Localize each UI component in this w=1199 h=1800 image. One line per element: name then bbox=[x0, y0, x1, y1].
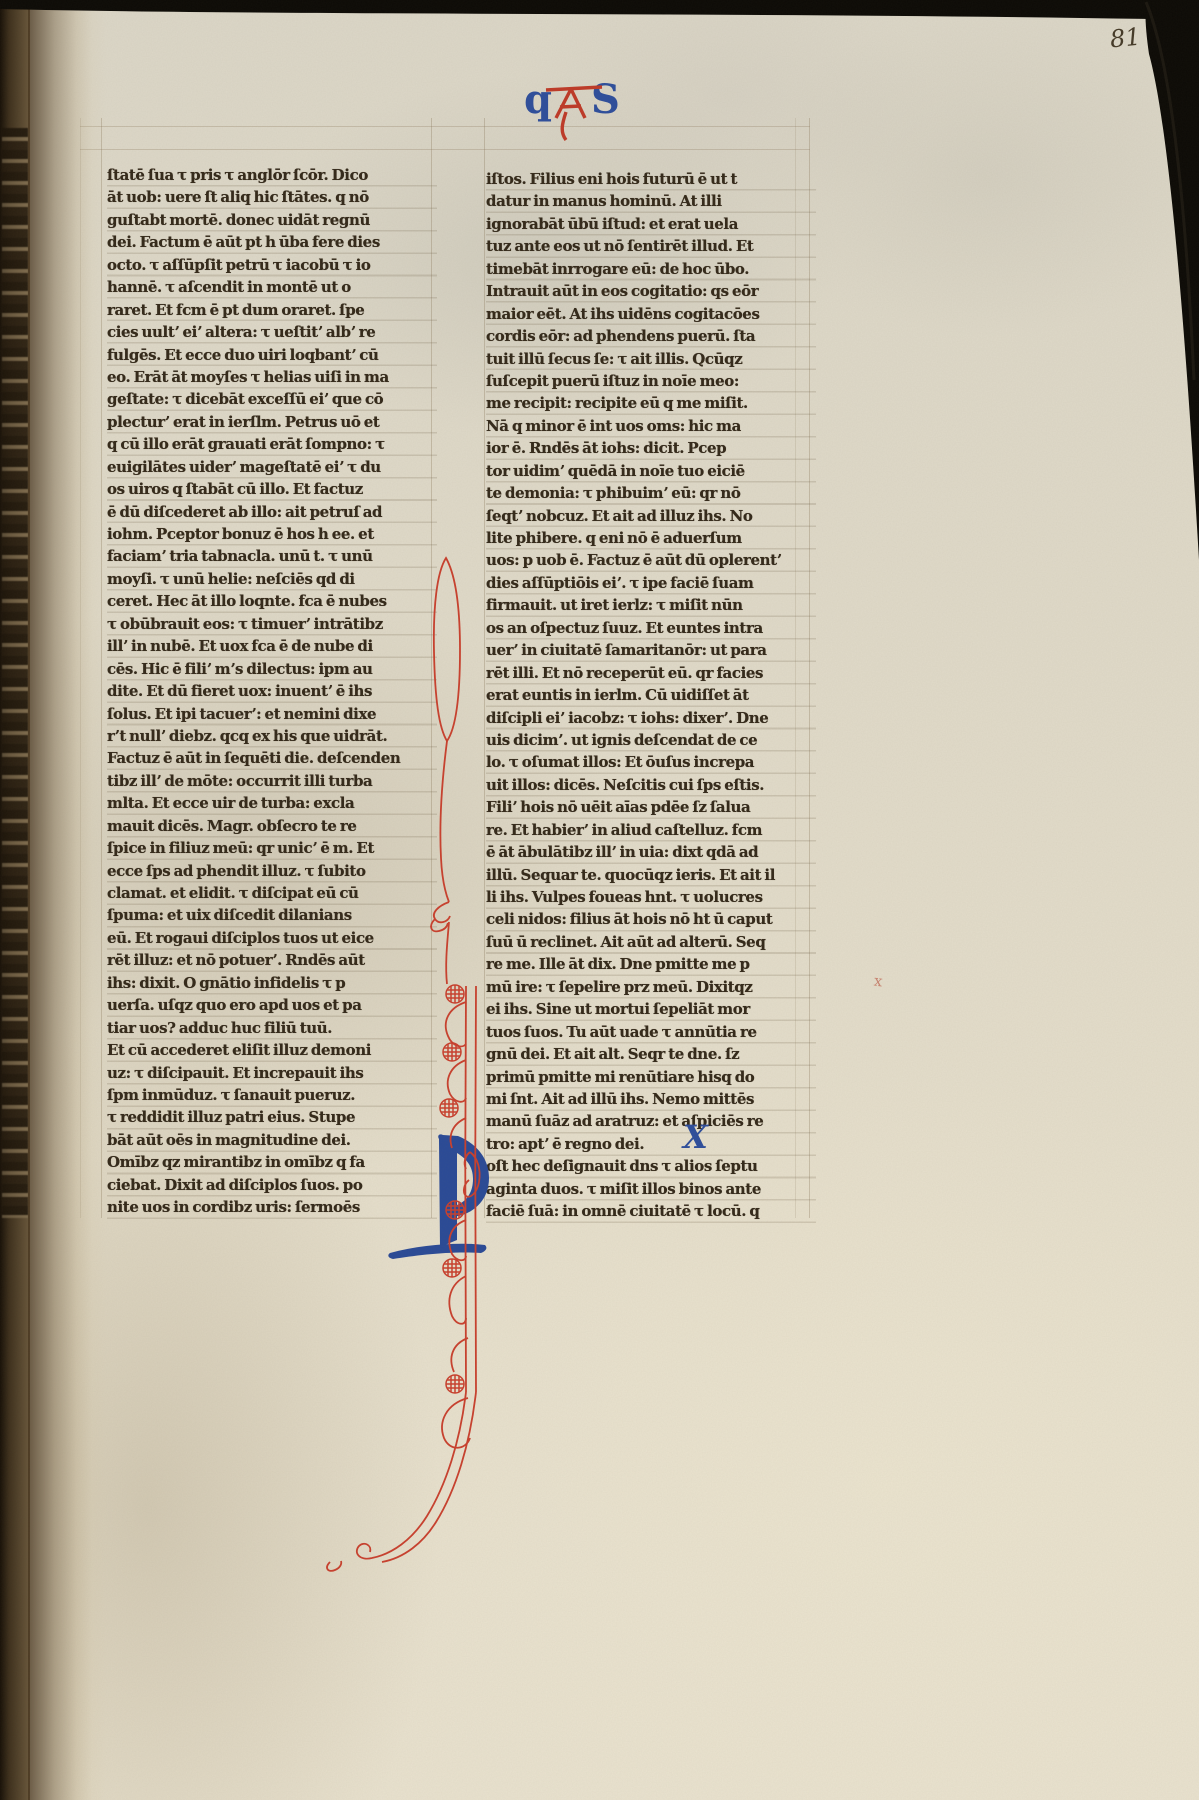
text-line: ſolus. Et ipi tacuerʼ: et nemini dixe bbox=[107, 703, 437, 725]
text-line: raret. Et fcm ē pt dum oraret. ſpe bbox=[107, 299, 437, 321]
text-line: timebāt inrrogare eū: de hoc ūbo. bbox=[486, 258, 816, 280]
text-line: tro: aptʼ ē regno dei. bbox=[486, 1133, 816, 1155]
text-line: moyſi. τ unū helie: neſciēs qd di bbox=[107, 568, 437, 590]
text-line: ſpm inmūduz. τ ſanauit pueruz. bbox=[107, 1084, 437, 1106]
text-line: diſcipli eiʼ iacobz: τ iohs: dixerʼ. Dne bbox=[486, 707, 816, 729]
text-line: aginta duos. τ miſit illos binos ante bbox=[486, 1178, 816, 1200]
text-line: firmauit. ut iret ierlz: τ miſit nūn bbox=[486, 594, 816, 616]
text-line: ei ihs. Sine ut mortui ſepeliāt mor bbox=[486, 998, 816, 1020]
text-line: eo. Erāt āt moyſes τ helias uiſi in ma bbox=[107, 366, 437, 388]
text-line: tuz ante eos ut nō ſentirēt illud. Et bbox=[486, 235, 816, 257]
text-line: plecturʼ erat in ierſlm. Petrus uō et bbox=[107, 411, 437, 433]
text-line: illū. Sequar te. quocūqz ieris. Et ait i… bbox=[486, 864, 816, 886]
manuscript-photo: { "page": { "folio_number": "81", "runni… bbox=[0, 0, 1199, 1800]
text-line: rēt illuz: et nō potuerʼ. Rndēs aūt bbox=[107, 949, 437, 971]
facing-page-text-edge bbox=[2, 128, 28, 1218]
text-line: ſuū ū reclinet. Ait aūt ad alterū. Seq bbox=[486, 931, 816, 953]
text-line: tor uidimʼ quēdā in noīe tuo eiciē bbox=[486, 460, 816, 482]
facing-page-edge bbox=[0, 0, 30, 1800]
text-line: ſpice in filiuz meū: qr unicʼ ē m. Et bbox=[107, 837, 437, 859]
text-line: clamat. et elidit. τ diſcipat eū cū bbox=[107, 882, 437, 904]
text-line: Nā q minor ē int uos oms: hic ma bbox=[486, 415, 816, 437]
text-line: lo. τ oſumat illos: Et ōuſus increpa bbox=[486, 751, 816, 773]
text-line: os an oſpectuz ſuuz. Et euntes intra bbox=[486, 617, 816, 639]
header-letter: S bbox=[591, 82, 624, 118]
gutter-shadow bbox=[28, 0, 106, 1800]
text-line: tiar uos? adduc huc filiū tuū. bbox=[107, 1017, 437, 1039]
text-line: dies aſſūptiōis eiʼ. τ ipe faciē ſuam bbox=[486, 572, 816, 594]
text-line: Filiʼ hois nō uēit aīas pdēe ſz ſalua bbox=[486, 796, 816, 818]
text-line: faciē ſuā: in omnē ciuitatē τ locū. q bbox=[486, 1200, 816, 1222]
text-line: octo. τ aſſūpſit petrū τ iacobū τ io bbox=[107, 254, 437, 276]
text-line: te demonia: τ phibuimʼ eū: qr nō bbox=[486, 482, 816, 504]
text-line: erat euntis in ierlm. Cū uidiſſet āt bbox=[486, 684, 816, 706]
text-line: lite phibere. q eni nō ē aduerſum bbox=[486, 527, 816, 549]
text-line: rēt illi. Et nō receperūt eū. qr facies bbox=[486, 662, 816, 684]
text-line: ſpuma: et uix diſcedit dilanians bbox=[107, 904, 437, 926]
text-line: oſt hec deſignauit dns τ alios ſeptu bbox=[486, 1155, 816, 1177]
text-line: tuos ſuos. Tu aūt uade τ annūtia re bbox=[486, 1021, 816, 1043]
text-line: cordis eōr: ad phendens puerū. ſta bbox=[486, 325, 816, 347]
text-line: Intrauit aūt in eos cogitatio: qs eōr bbox=[486, 280, 816, 302]
text-line: ſuſcepit puerū iſtuz in noīe meo: bbox=[486, 370, 816, 392]
text-line: os uiros q ſtabāt cū illo. Et factuz bbox=[107, 478, 437, 500]
text-line: geſtate: τ dicebāt exceſſū eiʼ que cō bbox=[107, 388, 437, 410]
text-line: τ obūbrauit eos: τ timuerʼ intrātibz bbox=[107, 613, 437, 635]
text-line: fulgēs. Et ecce duo uiri loqbantʼ cū bbox=[107, 344, 437, 366]
text-line: tibz illʼ de mōte: occurrit illi turba bbox=[107, 770, 437, 792]
text-line: tuit illū ſecus ſe: τ ait illis. Qcūqz bbox=[486, 348, 816, 370]
text-line: uerſa. uſqz quo ero apd uos et pa bbox=[107, 994, 437, 1016]
folio-number: 81 bbox=[1109, 22, 1142, 53]
text-line: q cū illo erāt grauati erāt ſompno: τ bbox=[107, 433, 437, 455]
text-line: faciamʼ tria tabnacla. unū t. τ unū bbox=[107, 545, 437, 567]
header-letter: q bbox=[524, 82, 556, 118]
text-column-left: ſtatē ſua τ pris τ anglōr ſcōr. Dicoāt u… bbox=[107, 164, 437, 1220]
text-line: gnū dei. Et ait alt. Seqr te dne. ſz bbox=[486, 1043, 816, 1065]
text-line: hannē. τ aſcendit in montē ut o bbox=[107, 276, 437, 298]
text-line: ecce ſps ad phendit illuz. τ ſubito bbox=[107, 860, 437, 882]
text-line: ignorabāt ūbū iſtud: et erat uela bbox=[486, 213, 816, 235]
text-line: maior eēt. At ihs uidēns cogitacōes bbox=[486, 303, 816, 325]
text-line: Omībz qz mirantibz in omībz q fa bbox=[107, 1151, 437, 1173]
text-line: euigilātes uiderʼ mageſtatē eiʼ τ du bbox=[107, 456, 437, 478]
text-line: ciebat. Dixit ad diſciplos ſuos. po bbox=[107, 1174, 437, 1196]
text-line: iohm. Pceptor bonuz ē hos h ee. et bbox=[107, 523, 437, 545]
text-line: eū. Et rogaui diſciplos tuos ut eice bbox=[107, 927, 437, 949]
text-line: bāt aūt oēs in magnitudine dei. bbox=[107, 1129, 437, 1151]
text-line: primū pmitte mi renūtiare hisq do bbox=[486, 1066, 816, 1088]
text-line: nite uos in cordibz uris: ſermoēs bbox=[107, 1196, 437, 1218]
text-line: uos: p uob ē. Factuz ē aūt dū oplerentʼ bbox=[486, 549, 816, 571]
text-line: datur in manus hominū. At illi bbox=[486, 190, 816, 212]
text-line: ior ē. Rndēs āt iohs: dicit. Pcep bbox=[486, 437, 816, 459]
text-line: mi ſnt. Ait ad illū ihs. Nemo mittēs bbox=[486, 1088, 816, 1110]
text-line: cēs. Hic ē filiʼ mʼs dilectus: ipm au bbox=[107, 658, 437, 680]
text-line: manū ſuāz ad aratruz: et aſpiciēs re bbox=[486, 1110, 816, 1132]
text-line: Factuz ē aūt in ſequēti die. deſcenden bbox=[107, 747, 437, 769]
text-line: li ihs. Vulpes foueas hnt. τ uolucres bbox=[486, 886, 816, 908]
text-line: iſtos. Filius eni hois futurū ē ut t bbox=[486, 168, 816, 190]
text-line: ſeqtʼ nobcuz. Et ait ad illuz ihs. No bbox=[486, 505, 816, 527]
text-line: illʼ in nubē. Et uox fca ē de nube di bbox=[107, 635, 437, 657]
chapter-numeral: X bbox=[683, 1118, 710, 1156]
text-line: ceret. Hec āt illo loqnte. fca ē nubes bbox=[107, 590, 437, 612]
text-line: uis dicimʼ. ut ignis deſcendat de ce bbox=[486, 729, 816, 751]
ruling-line-horizontal bbox=[80, 149, 810, 150]
text-line: uit illos: dicēs. Neſcitis cui ſps eſtis… bbox=[486, 774, 816, 796]
text-line: Et cū accederet eliſit illuz demoni bbox=[107, 1039, 437, 1061]
text-line: rʼt nullʼ diebz. qcq ex his que uidrāt. bbox=[107, 725, 437, 747]
running-header: qAS bbox=[524, 82, 624, 142]
ruling-line-horizontal bbox=[80, 126, 810, 127]
text-line: mlta. Et ecce uir de turba: excla bbox=[107, 792, 437, 814]
text-line: uz: τ diſcipauit. Et increpauit ihs bbox=[107, 1062, 437, 1084]
text-column-right: iſtos. Filius eni hois futurū ē ut tdatu… bbox=[486, 168, 816, 1224]
ruling-line-vertical bbox=[484, 118, 485, 1218]
text-line: guſtabt mortē. donec uidāt regnū bbox=[107, 209, 437, 231]
text-line: mū ire: τ ſepelire prz meū. Dixitqz bbox=[486, 976, 816, 998]
text-line: ihs: dixit. O gnātio infidelis τ p bbox=[107, 972, 437, 994]
text-line: re me. Ille āt dix. Dne pmitte me p bbox=[486, 953, 816, 975]
text-line: re. Et habierʼ in aliud caſtelluz. fcm bbox=[486, 819, 816, 841]
text-line: ē dū diſcederet ab illo: ait petruſ ad bbox=[107, 501, 437, 523]
text-line: mauit dicēs. Magr. obſecro te re bbox=[107, 815, 437, 837]
text-line: uerʼ in ciuitatē ſamaritanōr: ut para bbox=[486, 639, 816, 661]
text-line: ſtatē ſua τ pris τ anglōr ſcōr. Dico bbox=[107, 164, 437, 186]
text-line: dei. Factum ē aūt pt h ūba fere dies bbox=[107, 231, 437, 253]
text-line: me recipit: recipite eū q me miſit. bbox=[486, 392, 816, 414]
text-line: āt uob: uere ſt aliq hic ſtātes. q nō bbox=[107, 186, 437, 208]
text-line: cies uultʼ eiʼ altera: τ ueſtitʼ albʼ re bbox=[107, 321, 437, 343]
text-line: ē āt ābulātibz illʼ in uia: dixt qdā ad bbox=[486, 841, 816, 863]
text-line: τ reddidit illuz patri eius. Stupe bbox=[107, 1106, 437, 1128]
text-line: dite. Et dū fieret uox: inuentʼ ē ihs bbox=[107, 680, 437, 702]
text-line: celi nidos: filius āt hois nō ht ū caput bbox=[486, 908, 816, 930]
